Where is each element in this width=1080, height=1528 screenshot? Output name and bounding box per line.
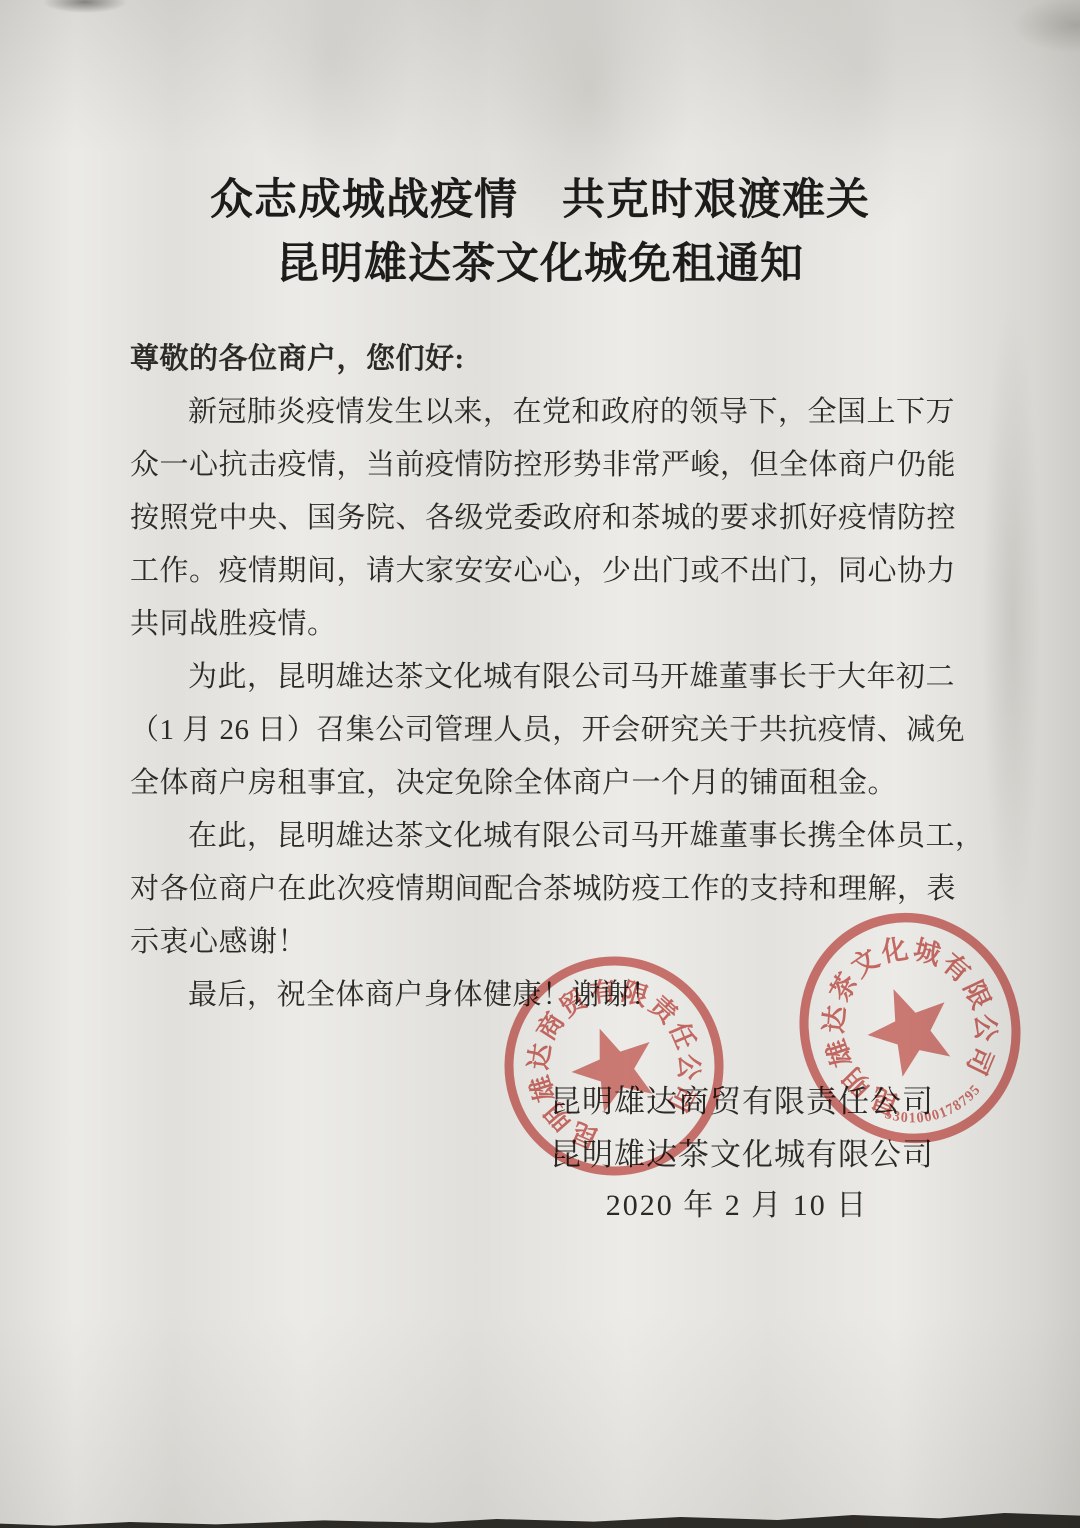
body-line: （1 月 26 日）召集公司管理人员，开会研究关于共抗疫情、减免	[130, 704, 960, 757]
star-icon	[855, 973, 965, 1083]
signature-date: 2020 年 2 月 10 日	[606, 1180, 869, 1224]
body-line: 按照党中央、国务院、各级党委政府和茶城的要求抓好疫情防控	[130, 492, 960, 545]
body-line: 为此，昆明雄达茶文化城有限公司马开雄董事长于大年初二	[130, 651, 960, 704]
body-line: 全体商户房租事宜，决定免除全体商户一个月的铺面租金。	[130, 757, 960, 810]
salutation: 尊敬的各位商户，您们好:	[130, 333, 960, 386]
body-line: 新冠肺炎疫情发生以来，在党和政府的领导下，全国上下万	[130, 386, 960, 439]
notice-title-line-1: 众志成城战疫情 共克时艰渡难关	[0, 166, 1080, 227]
notice-body: 尊敬的各位商户，您们好: 新冠肺炎疫情发生以来，在党和政府的领导下，全国上下万 …	[130, 333, 960, 1022]
body-line: 众一心抗击疫情，当前疫情防控形势非常严峻，但全体商户仍能	[130, 439, 960, 492]
star-icon	[561, 1014, 668, 1118]
notice-title-line-2: 昆明雄达茶文化城免租通知	[0, 230, 1080, 291]
paper-bottom-edge	[0, 1508, 1080, 1528]
body-line: 共同战胜疫情。	[130, 598, 960, 651]
body-line: 在此，昆明雄达茶文化城有限公司马开雄董事长携全体员工，	[130, 810, 960, 863]
body-line: 对各位商户在此次疫情期间配合茶城防疫工作的支持和理解，表	[130, 863, 960, 916]
body-line: 工作。疫情期间，请大家安安心心，少出门或不出门，同心协力	[130, 545, 960, 598]
photographed-notice-document: 众志成城战疫情 共克时艰渡难关 昆明雄达茶文化城免租通知 尊敬的各位商户，您们好…	[0, 0, 1080, 1528]
